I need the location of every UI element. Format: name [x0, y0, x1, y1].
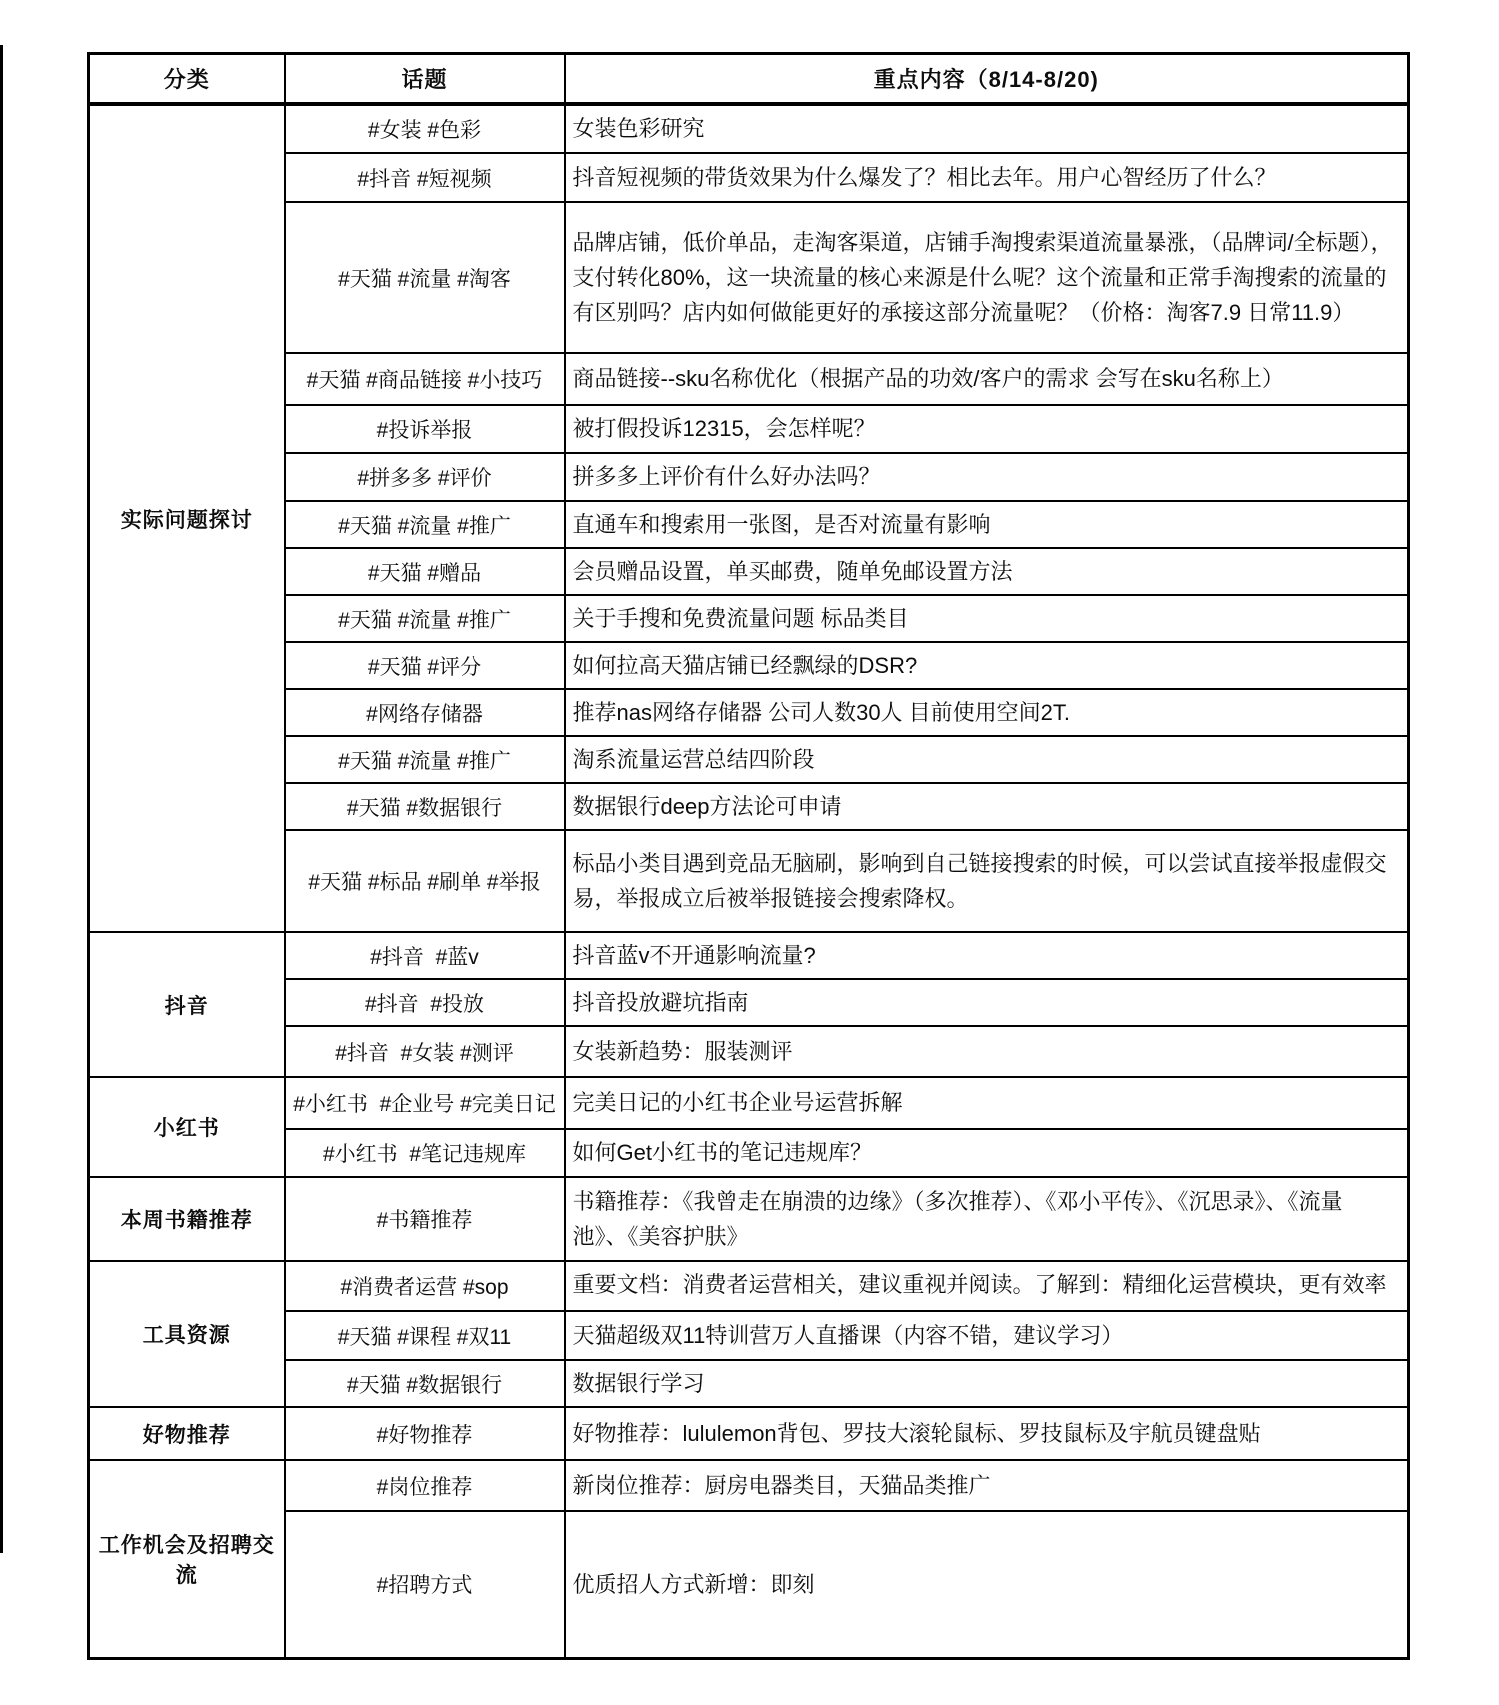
table-row: 实际问题探讨#女装 #色彩女装色彩研究: [89, 104, 1409, 153]
content-text: 数据银行学习: [566, 1362, 1408, 1405]
content-cell: 如何拉高天猫店铺已经飘绿的DSR?: [565, 642, 1409, 689]
content-text: 会员赠品设置，单买邮费，随单免邮设置方法: [566, 550, 1408, 593]
table-row: #天猫 #标品 #刷单 #举报标品小类目遇到竞品无脑刷，影响到自己链接搜索的时候…: [89, 830, 1409, 932]
content-cell: 抖音蓝v不开通影响流量?: [565, 932, 1409, 979]
content-cell: 直通车和搜索用一张图，是否对流量有影响: [565, 501, 1409, 548]
table-row: #拼多多 #评价拼多多上评价有什么好办法吗？: [89, 453, 1409, 501]
content-cell: 天猫超级双11特训营万人直播课（内容不错，建议学习）: [565, 1311, 1409, 1360]
table-row: #网络存储器推荐nas网络存储器 公司人数30人 目前使用空间2T.: [89, 689, 1409, 736]
header-row: 分类 话题 重点内容（8/14-8/20): [89, 54, 1409, 105]
topic-cell: #天猫 #流量 #淘客: [285, 202, 565, 353]
category-cell: 工作机会及招聘交流: [89, 1460, 285, 1658]
table-row: #天猫 #流量 #淘客品牌店铺，低价单品，走淘客渠道，店铺手淘搜索渠道流量暴涨，…: [89, 202, 1409, 353]
content-cell: 推荐nas网络存储器 公司人数30人 目前使用空间2T.: [565, 689, 1409, 736]
topic-cell: #天猫 #流量 #推广: [285, 736, 565, 783]
topic-cell: #书籍推荐: [285, 1177, 565, 1261]
topic-cell: #小红书 #笔记违规库: [285, 1129, 565, 1177]
table-row: #投诉举报被打假投诉12315，会怎样呢？: [89, 405, 1409, 453]
content-text: 抖音投放避坑指南: [566, 981, 1408, 1024]
content-text: 商品链接--sku名称优化（根据产品的功效/客户的需求 会写在sku名称上）: [566, 355, 1408, 403]
topic-cell: #投诉举报: [285, 405, 565, 453]
table-row: 小红书#小红书 #企业号 #完美日记完美日记的小红书企业号运营拆解: [89, 1077, 1409, 1129]
header-topic: 话题: [285, 54, 565, 105]
topic-cell: #抖音 #女装 #测评: [285, 1026, 565, 1077]
content-text: 完美日记的小红书企业号运营拆解: [566, 1079, 1408, 1127]
table-row: 工具资源#消费者运营 #sop重要文档：消费者运营相关，建议重视并阅读。了解到：…: [89, 1261, 1409, 1311]
table-row: #天猫 #数据银行数据银行学习: [89, 1360, 1409, 1407]
content-cell: 如何Get小红书的笔记违规库？: [565, 1129, 1409, 1177]
category-cell: 实际问题探讨: [89, 104, 285, 932]
table-row: #小红书 #笔记违规库如何Get小红书的笔记违规库？: [89, 1129, 1409, 1177]
topic-cell: #天猫 #流量 #推广: [285, 595, 565, 642]
content-cell: 关于手搜和免费流量问题 标品类目: [565, 595, 1409, 642]
content-text: 标品小类目遇到竞品无脑刷，影响到自己链接搜索的时候，可以尝试直接举报虚假交易，举…: [566, 832, 1408, 930]
content-text: 如何拉高天猫店铺已经飘绿的DSR?: [566, 644, 1408, 687]
content-cell: 女装新趋势：服装测评: [565, 1026, 1409, 1077]
content-text: 抖音短视频的带货效果为什么爆发了？相比去年。用户心智经历了什么？: [566, 155, 1408, 200]
table-row: 好物推荐#好物推荐好物推荐：lululemon背包、罗技大滚轮鼠标、罗技鼠标及宇…: [89, 1407, 1409, 1460]
content-cell: 抖音投放避坑指南: [565, 979, 1409, 1026]
topic-cell: #抖音 #蓝v: [285, 932, 565, 979]
content-text: 好物推荐：lululemon背包、罗技大滚轮鼠标、罗技鼠标及宇航员键盘贴: [566, 1409, 1408, 1458]
content-cell: 会员赠品设置，单买邮费，随单免邮设置方法: [565, 548, 1409, 595]
table-row: 本周书籍推荐#书籍推荐书籍推荐：《我曾走在崩溃的边缘》（多次推荐）、《邓小平传》…: [89, 1177, 1409, 1261]
content-text: 女装新趋势：服装测评: [566, 1028, 1408, 1075]
page: 分类 话题 重点内容（8/14-8/20) 实际问题探讨#女装 #色彩女装色彩研…: [0, 0, 1499, 1705]
content-text: 优质招人方式新增：即刻: [566, 1513, 1408, 1656]
content-cell: 优质招人方式新增：即刻: [565, 1511, 1409, 1658]
content-cell: 数据银行学习: [565, 1360, 1409, 1407]
content-cell: 数据银行deep方法论可申请: [565, 783, 1409, 830]
topic-cell: #拼多多 #评价: [285, 453, 565, 501]
table-row: #天猫 #流量 #推广淘系流量运营总结四阶段: [89, 736, 1409, 783]
content-cell: 淘系流量运营总结四阶段: [565, 736, 1409, 783]
table-row: #天猫 #商品链接 #小技巧商品链接--sku名称优化（根据产品的功效/客户的需…: [89, 353, 1409, 405]
topic-cell: #天猫 #赠品: [285, 548, 565, 595]
content-text: 天猫超级双11特训营万人直播课（内容不错，建议学习）: [566, 1313, 1408, 1358]
content-text: 女装色彩研究: [566, 107, 1408, 152]
table-row: #天猫 #流量 #推广关于手搜和免费流量问题 标品类目: [89, 595, 1409, 642]
topic-cell: #天猫 #商品链接 #小技巧: [285, 353, 565, 405]
content-text: 如何Get小红书的笔记违规库？: [566, 1131, 1408, 1175]
content-text: 被打假投诉12315，会怎样呢？: [566, 407, 1408, 451]
header-category: 分类: [89, 54, 285, 105]
content-cell: 标品小类目遇到竞品无脑刷，影响到自己链接搜索的时候，可以尝试直接举报虚假交易，举…: [565, 830, 1409, 932]
table-header: 分类 话题 重点内容（8/14-8/20): [89, 54, 1409, 105]
content-text: 关于手搜和免费流量问题 标品类目: [566, 597, 1408, 640]
content-cell: 书籍推荐：《我曾走在崩溃的边缘》（多次推荐）、《邓小平传》、《沉思录》、《流量池…: [565, 1177, 1409, 1261]
topic-cell: #天猫 #评分: [285, 642, 565, 689]
content-cell: 抖音短视频的带货效果为什么爆发了？相比去年。用户心智经历了什么？: [565, 153, 1409, 202]
table-row: #抖音 #投放抖音投放避坑指南: [89, 979, 1409, 1026]
topic-cell: #网络存储器: [285, 689, 565, 736]
category-cell: 好物推荐: [89, 1407, 285, 1460]
content-cell: 重要文档：消费者运营相关，建议重视并阅读。了解到：精细化运营模块，更有效率: [565, 1261, 1409, 1311]
content-cell: 商品链接--sku名称优化（根据产品的功效/客户的需求 会写在sku名称上）: [565, 353, 1409, 405]
topic-cell: #天猫 #数据银行: [285, 783, 565, 830]
table-row: #天猫 #课程 #双11天猫超级双11特训营万人直播课（内容不错，建议学习）: [89, 1311, 1409, 1360]
content-text: 数据银行deep方法论可申请: [566, 785, 1408, 828]
table-row: #天猫 #评分如何拉高天猫店铺已经飘绿的DSR?: [89, 642, 1409, 689]
topic-cell: #天猫 #数据银行: [285, 1360, 565, 1407]
content-text: 直通车和搜索用一张图，是否对流量有影响: [566, 503, 1408, 546]
topic-cell: #岗位推荐: [285, 1460, 565, 1511]
content-text: 拼多多上评价有什么好办法吗？: [566, 455, 1408, 499]
content-text: 新岗位推荐：厨房电器类目，天猫品类推广: [566, 1462, 1408, 1509]
topic-cell: #小红书 #企业号 #完美日记: [285, 1077, 565, 1129]
content-text: 重要文档：消费者运营相关，建议重视并阅读。了解到：精细化运营模块，更有效率: [566, 1263, 1408, 1309]
header-content: 重点内容（8/14-8/20): [565, 54, 1409, 105]
table-row: #抖音 #短视频抖音短视频的带货效果为什么爆发了？相比去年。用户心智经历了什么？: [89, 153, 1409, 202]
topic-cell: #抖音 #短视频: [285, 153, 565, 202]
table-row: #天猫 #数据银行数据银行deep方法论可申请: [89, 783, 1409, 830]
content-text: 抖音蓝v不开通影响流量?: [566, 934, 1408, 977]
category-cell: 本周书籍推荐: [89, 1177, 285, 1261]
content-text: 推荐nas网络存储器 公司人数30人 目前使用空间2T.: [566, 691, 1408, 734]
left-edge-artifact: [0, 45, 3, 1553]
content-cell: 被打假投诉12315，会怎样呢？: [565, 405, 1409, 453]
topic-cell: #天猫 #流量 #推广: [285, 501, 565, 548]
content-cell: 拼多多上评价有什么好办法吗？: [565, 453, 1409, 501]
category-cell: 工具资源: [89, 1261, 285, 1407]
table-body: 实际问题探讨#女装 #色彩女装色彩研究#抖音 #短视频抖音短视频的带货效果为什么…: [89, 104, 1409, 1658]
content-text: 淘系流量运营总结四阶段: [566, 738, 1408, 781]
category-cell: 小红书: [89, 1077, 285, 1177]
weekly-digest-table: 分类 话题 重点内容（8/14-8/20) 实际问题探讨#女装 #色彩女装色彩研…: [87, 52, 1410, 1660]
category-cell: 抖音: [89, 932, 285, 1077]
topic-cell: #招聘方式: [285, 1511, 565, 1658]
topic-cell: #天猫 #课程 #双11: [285, 1311, 565, 1360]
content-text: 品牌店铺，低价单品，走淘客渠道，店铺手淘搜索渠道流量暴涨，（品牌词/全标题），支…: [566, 204, 1408, 351]
topic-cell: #好物推荐: [285, 1407, 565, 1460]
topic-cell: #天猫 #标品 #刷单 #举报: [285, 830, 565, 932]
table-row: #招聘方式优质招人方式新增：即刻: [89, 1511, 1409, 1658]
table-row: 工作机会及招聘交流#岗位推荐新岗位推荐：厨房电器类目，天猫品类推广: [89, 1460, 1409, 1511]
table-row: #抖音 #女装 #测评女装新趋势：服装测评: [89, 1026, 1409, 1077]
topic-cell: #女装 #色彩: [285, 104, 565, 153]
content-text: 书籍推荐：《我曾走在崩溃的边缘》（多次推荐）、《邓小平传》、《沉思录》、《流量池…: [566, 1179, 1408, 1259]
topic-cell: #抖音 #投放: [285, 979, 565, 1026]
content-cell: 完美日记的小红书企业号运营拆解: [565, 1077, 1409, 1129]
content-cell: 新岗位推荐：厨房电器类目，天猫品类推广: [565, 1460, 1409, 1511]
content-cell: 女装色彩研究: [565, 104, 1409, 153]
content-cell: 好物推荐：lululemon背包、罗技大滚轮鼠标、罗技鼠标及宇航员键盘贴: [565, 1407, 1409, 1460]
topic-cell: #消费者运营 #sop: [285, 1261, 565, 1311]
content-cell: 品牌店铺，低价单品，走淘客渠道，店铺手淘搜索渠道流量暴涨，（品牌词/全标题），支…: [565, 202, 1409, 353]
table-row: #天猫 #赠品会员赠品设置，单买邮费，随单免邮设置方法: [89, 548, 1409, 595]
table-row: #天猫 #流量 #推广直通车和搜索用一张图，是否对流量有影响: [89, 501, 1409, 548]
table-row: 抖音#抖音 #蓝v抖音蓝v不开通影响流量?: [89, 932, 1409, 979]
